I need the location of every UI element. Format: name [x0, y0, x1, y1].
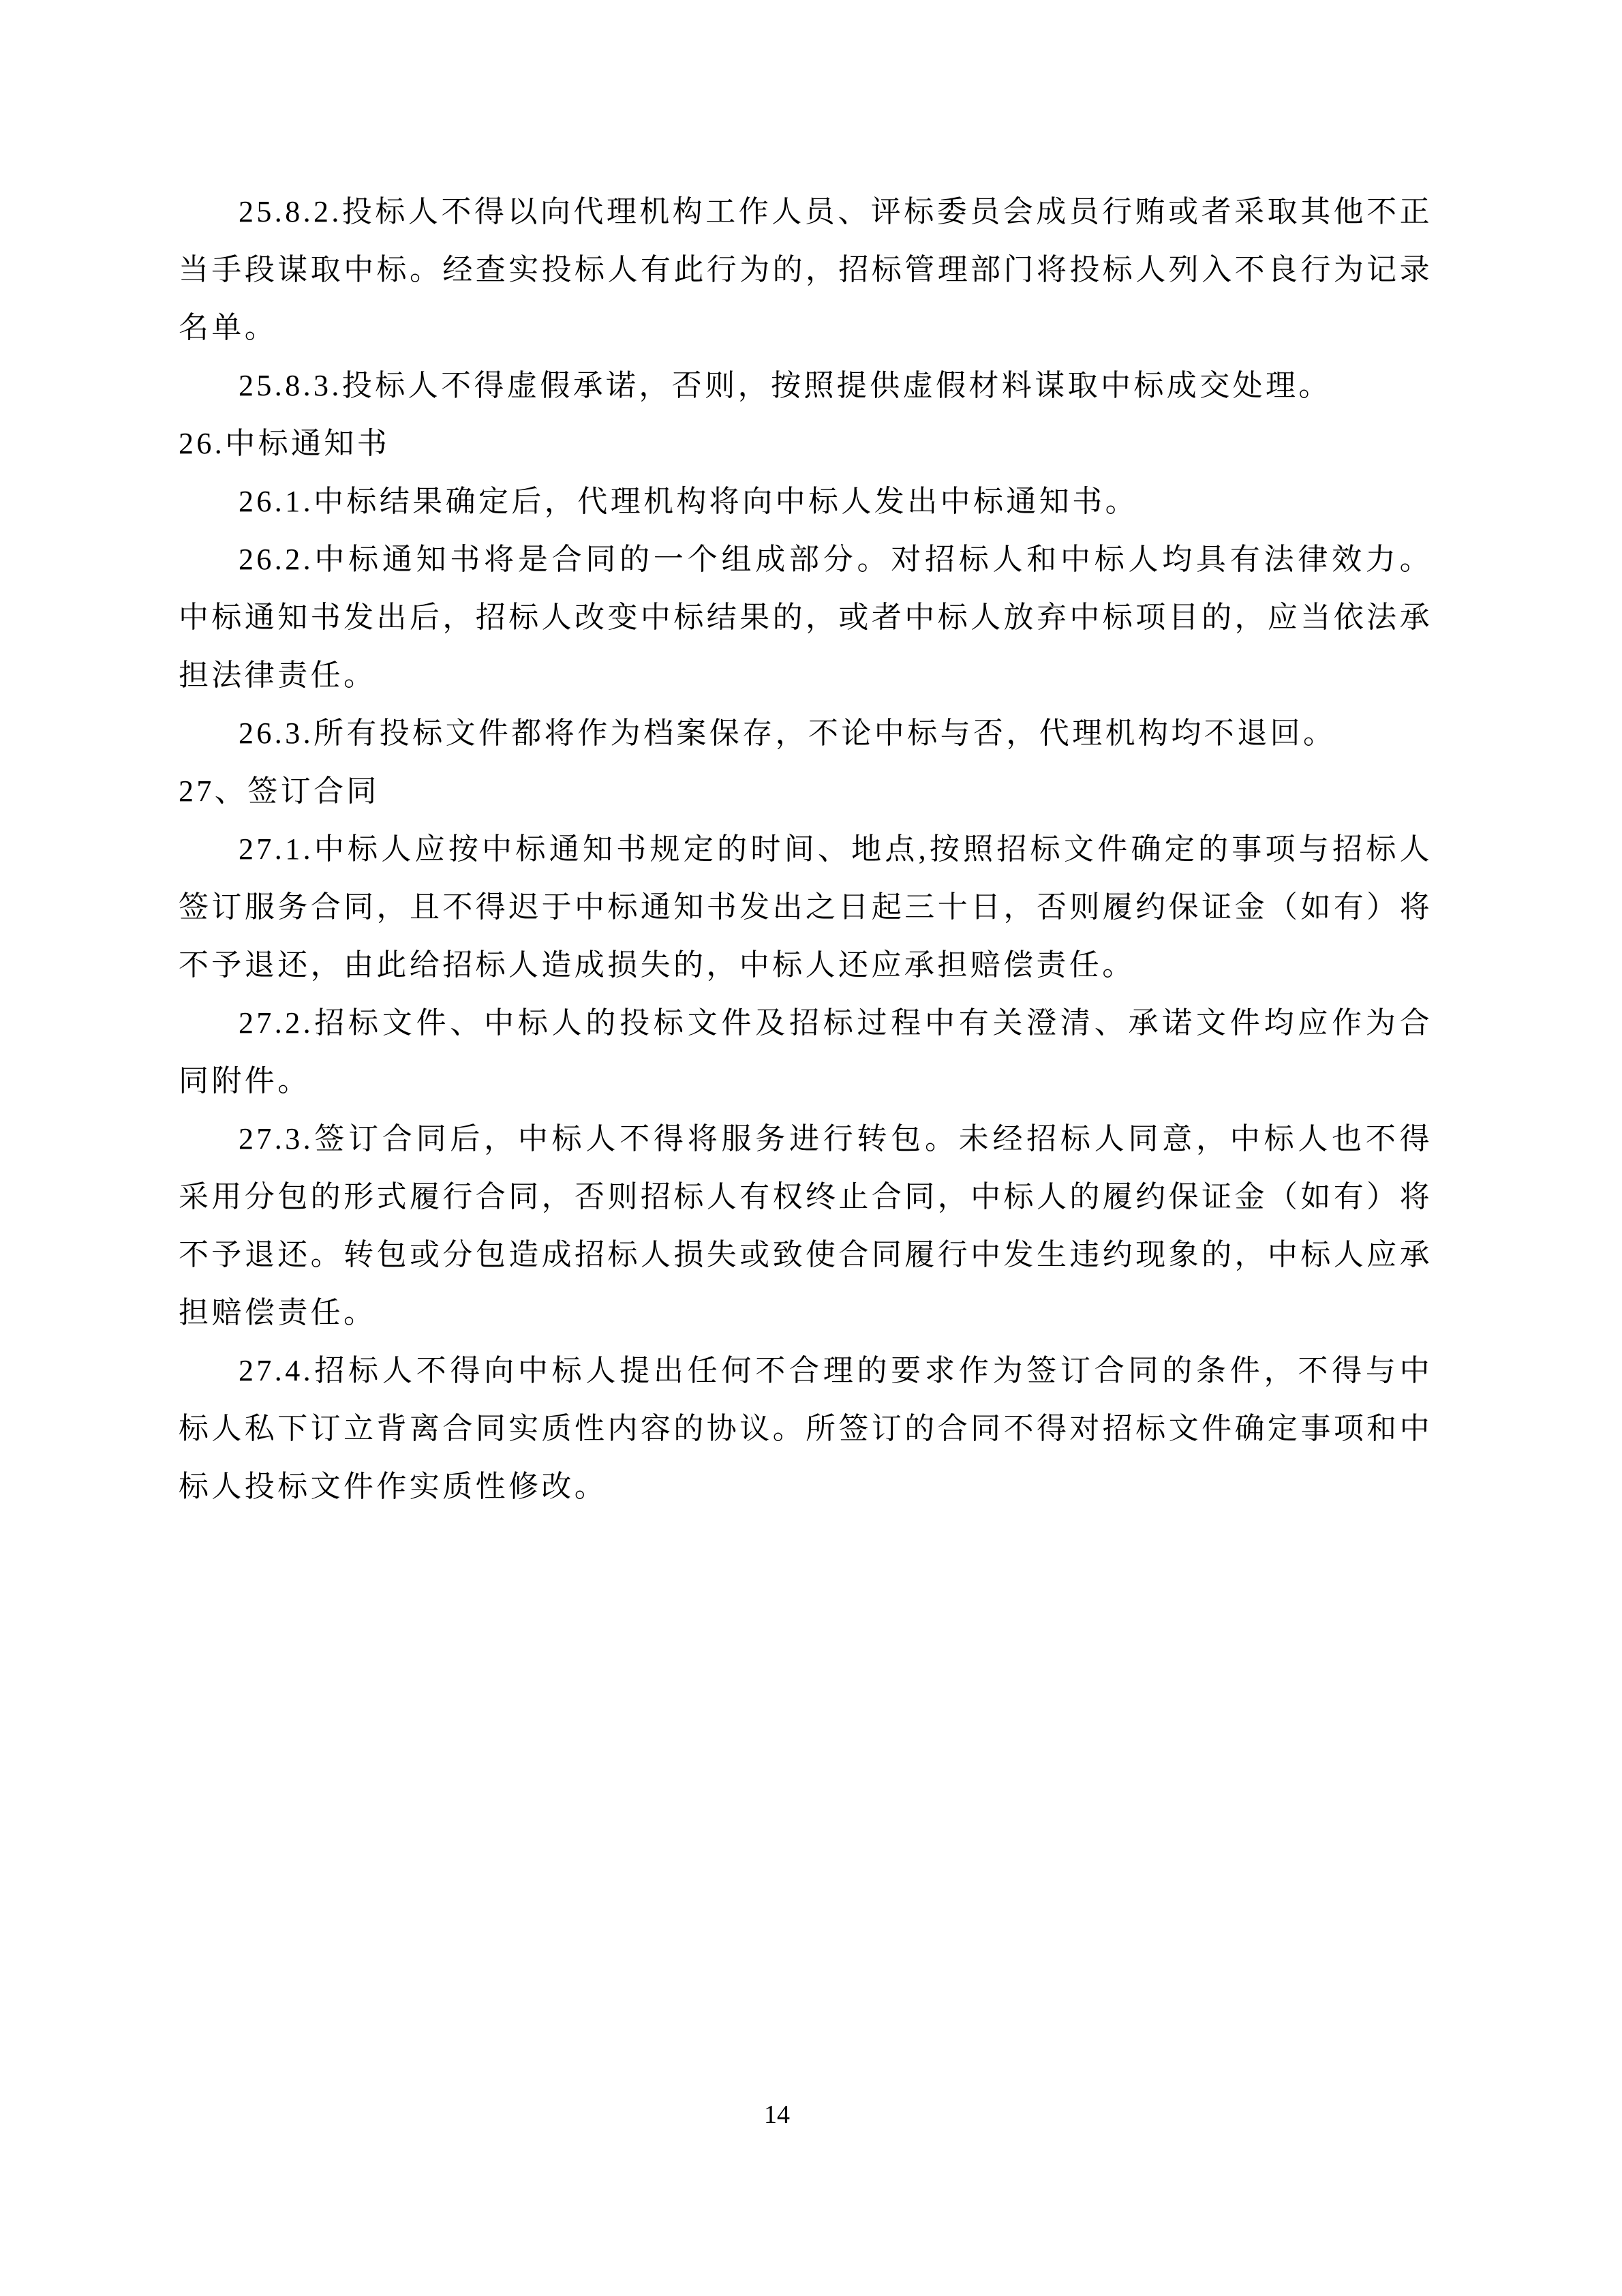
paragraph-25-8-2: 25.8.2.投标人不得以向代理机构工作人员、评标委员会成员行贿或者采取其他不正…	[179, 183, 1433, 357]
page-number: 14	[0, 2098, 1554, 2131]
document-body: 25.8.2.投标人不得以向代理机构工作人员、评标委员会成员行贿或者采取其他不正…	[179, 183, 1433, 1515]
heading-26-award-notice: 26.中标通知书	[179, 414, 1433, 472]
paragraph-27-3: 27.3.签订合同后，中标人不得将服务进行转包。未经招标人同意，中标人也不得采用…	[179, 1110, 1433, 1342]
paragraph-27-1: 27.1.中标人应按中标通知书规定的时间、地点,按照招标文件确定的事项与招标人签…	[179, 820, 1433, 994]
paragraph-25-8-3: 25.8.3.投标人不得虚假承诺，否则，按照提供虚假材料谋取中标成交处理。	[179, 357, 1433, 414]
paragraph-27-4: 27.4.招标人不得向中标人提出任何不合理的要求作为签订合同的条件，不得与中标人…	[179, 1342, 1433, 1515]
paragraph-26-1: 26.1.中标结果确定后，代理机构将向中标人发出中标通知书。	[179, 472, 1433, 530]
paragraph-26-2: 26.2.中标通知书将是合同的一个组成部分。对招标人和中标人均具有法律效力。中标…	[179, 530, 1433, 704]
document-page: 25.8.2.投标人不得以向代理机构工作人员、评标委员会成员行贿或者采取其他不正…	[0, 0, 1622, 2296]
paragraph-27-2: 27.2.招标文件、中标人的投标文件及招标过程中有关澄清、承诺文件均应作为合同附…	[179, 994, 1433, 1110]
heading-27-contract-signing: 27、签订合同	[179, 762, 1433, 820]
paragraph-26-3: 26.3.所有投标文件都将作为档案保存，不论中标与否，代理机构均不退回。	[179, 704, 1433, 762]
